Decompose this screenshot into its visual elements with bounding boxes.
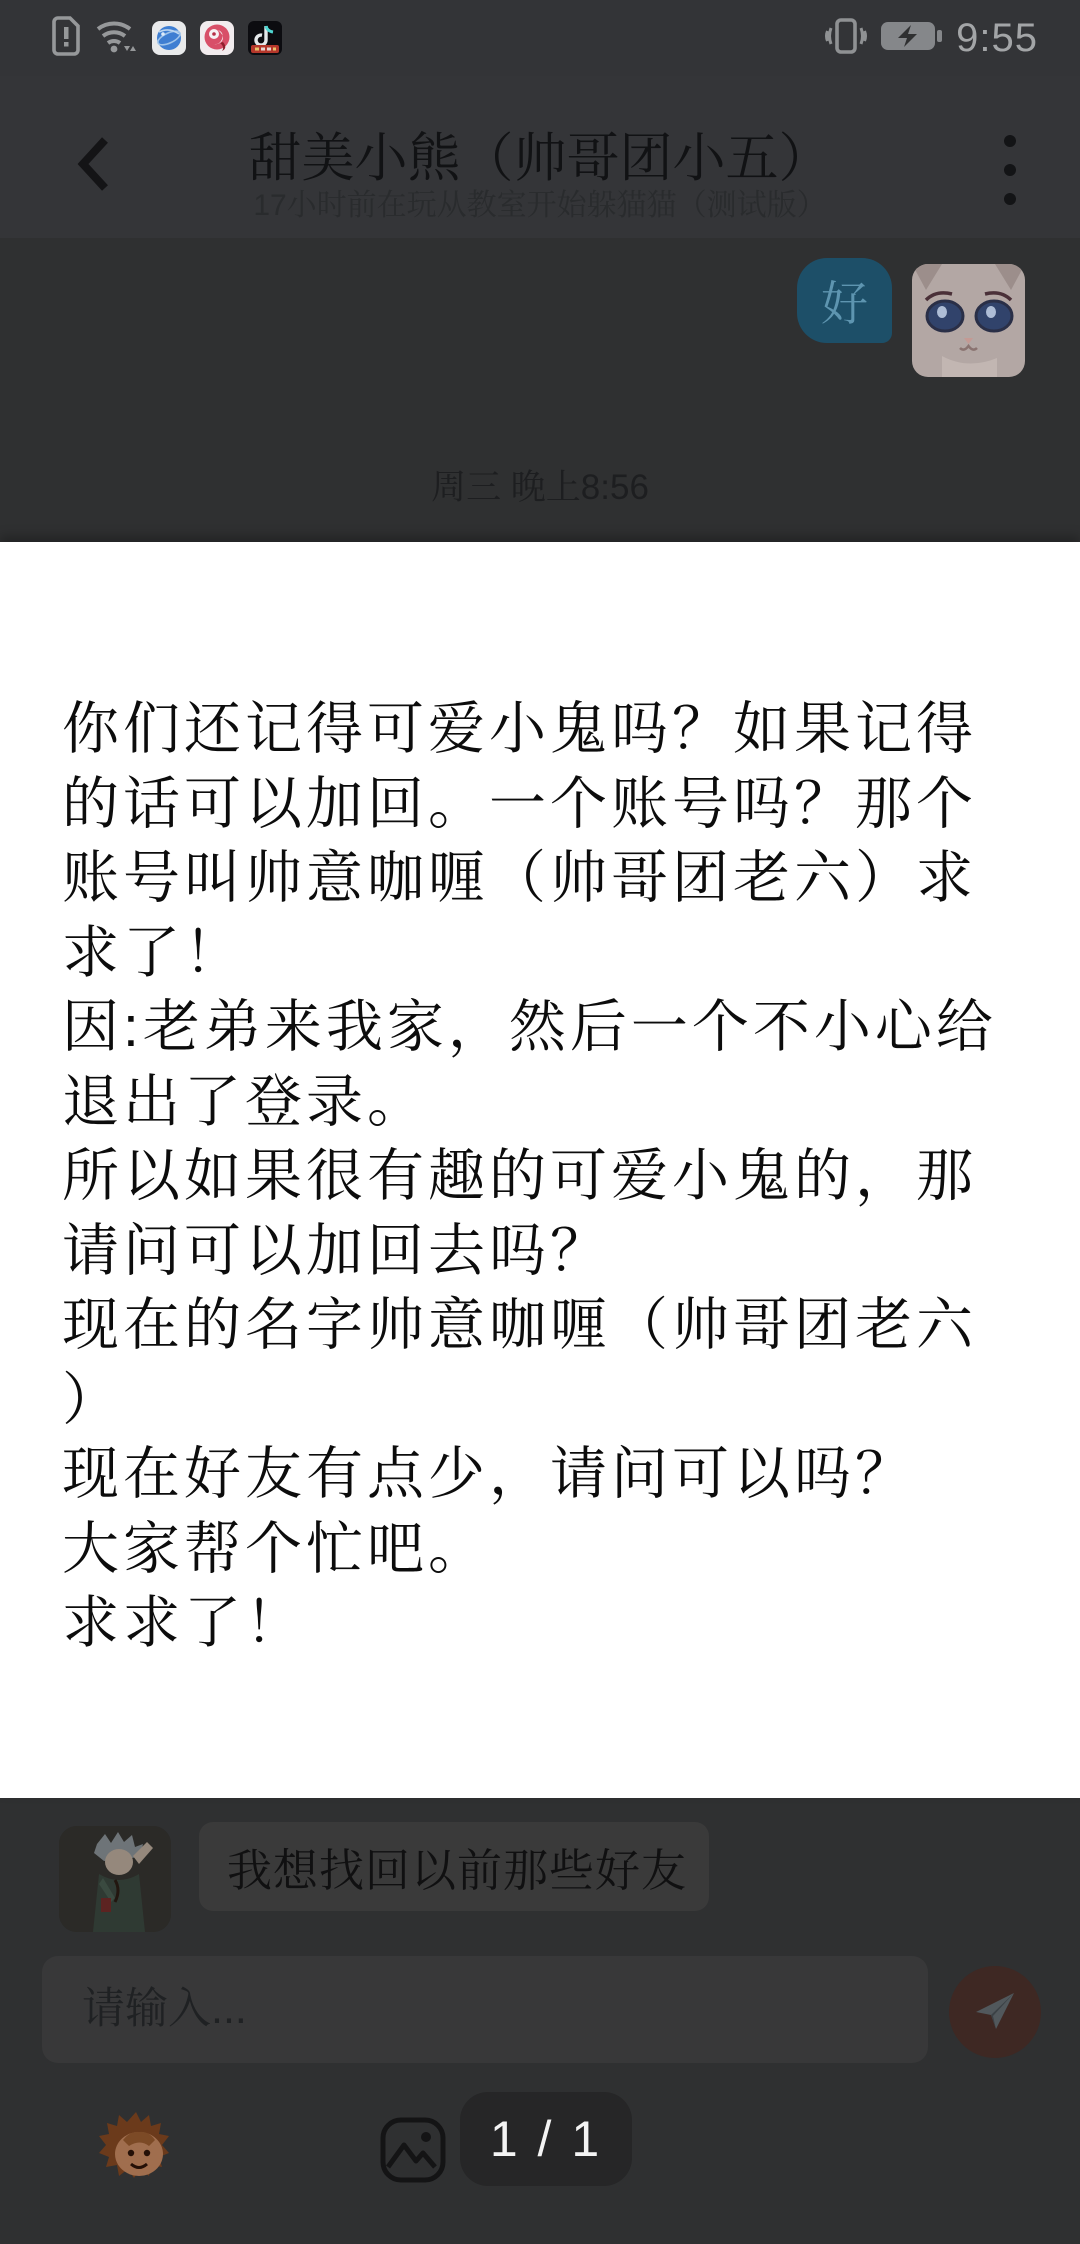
status-bar: 9:55 [0,0,1080,76]
battery-charging-icon [880,19,944,58]
emoji-button[interactable] [98,2110,180,2190]
vibrate-icon [824,14,868,63]
send-plane-icon [970,1985,1020,2040]
monkey-emoji-icon [98,2177,180,2194]
chat-subtitle: 17小时前在玩从教室开始躲猫猫（测试版） [100,180,980,224]
image-text-line: ） [62,1363,1040,1438]
status-bar-right: 9:55 [824,0,1038,76]
sim-alert-icon [52,16,80,61]
image-text-line: 的话可以加回。一个账号吗？那个 [62,767,1040,842]
image-text-line: 请问可以加回去吗？ [62,1214,1040,1289]
page-indicator-text: 1 / 1 [490,2110,602,2168]
viewed-image[interactable]: 你们还记得可爱小鬼吗？如果记得 的话可以加回。一个账号吗？那个 账号叫帅意咖喱（… [0,542,1080,1798]
pink-app-icon [200,21,234,55]
message-timestamp: 周三 晚上8:56 [0,460,1080,510]
image-text-line: 求了！ [62,916,1040,991]
image-text-line: 因:老弟来我家，然后一个不小心给 [62,990,1040,1065]
image-text-line: 所以如果很有趣的可爱小鬼的，那 [62,1139,1040,1214]
image-text-line: 你们还记得可爱小鬼吗？如果记得 [62,692,1040,767]
image-text-line: 退出了登录。 [62,1065,1040,1140]
gallery-button[interactable] [380,2117,446,2183]
browser-app-icon [152,21,186,55]
image-text-line: 求求了！ [62,1586,1040,1661]
page-indicator: 1 / 1 [460,2092,632,2186]
incoming-message-text: 我想找回以前那些好友 [227,1834,687,1899]
outgoing-sticker-bubble[interactable]: 好 [797,258,892,343]
image-text-line: 现在的名字帅意咖喱（帅哥团老六 [62,1288,1040,1363]
kebab-menu-icon [1004,135,1016,147]
message-input[interactable] [42,1956,928,2063]
more-menu-button[interactable] [980,120,1040,220]
image-text-line: 账号叫帅意咖喱（帅哥团老六）求 [62,841,1040,916]
status-bar-left [52,0,282,76]
image-text-block: 你们还记得可爱小鬼吗？如果记得 的话可以加回。一个账号吗？那个 账号叫帅意咖喱（… [62,692,1040,1661]
send-button[interactable] [949,1966,1041,2058]
avatar[interactable] [59,1826,171,1932]
incoming-message-bubble[interactable]: 我想找回以前那些好友 [199,1822,709,1911]
chat-screen-with-image-viewer: 9:55 甜美小熊（帅哥团小五） 17小时前在玩从教室开始躲猫猫（测试版） 好 [0,0,1080,2244]
avatar[interactable] [912,264,1025,377]
image-text-line: 现在好友有点少，请问可以吗？ [62,1437,1040,1512]
tiktok-app-icon [248,21,282,55]
gallery-image-icon [380,2170,446,2187]
wifi-icon [94,16,138,61]
sticker-text: 好 [821,267,868,334]
clock-text: 9:55 [956,16,1038,61]
image-text-line: 大家帮个忙吧。 [62,1512,1040,1587]
